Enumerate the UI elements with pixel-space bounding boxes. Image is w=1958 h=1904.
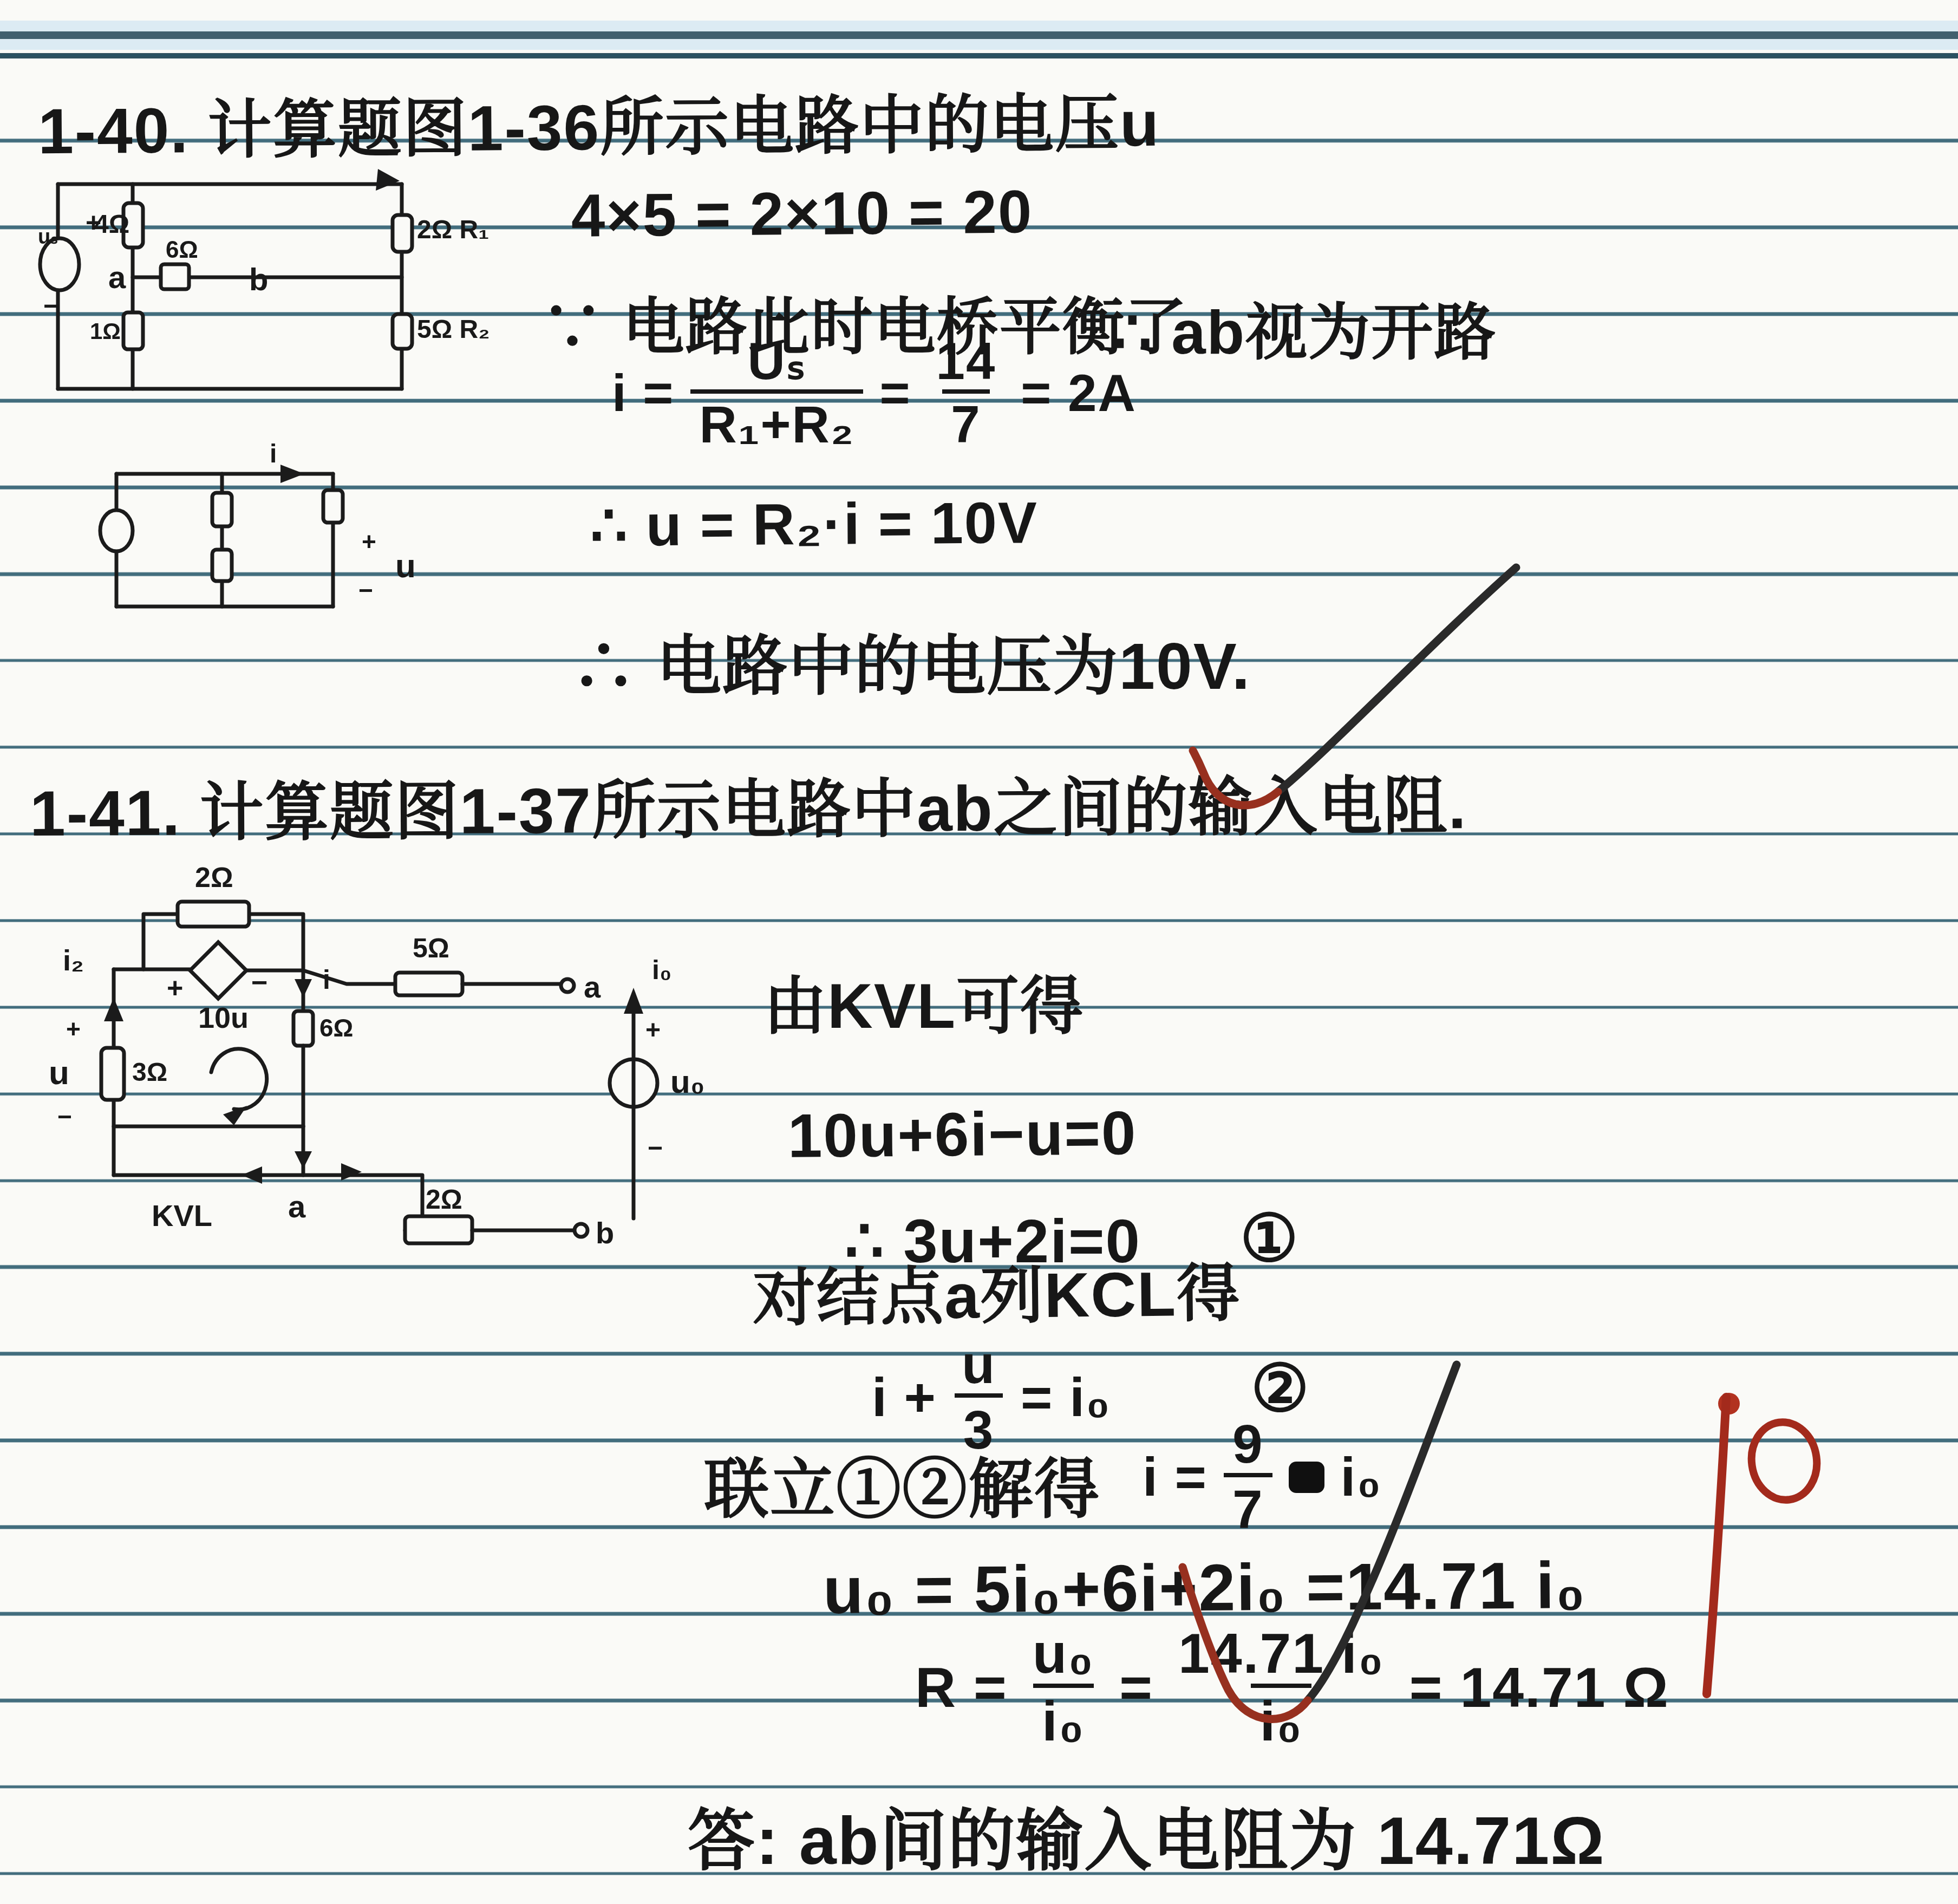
kvl-lead: 由KVL可得 [763,956,1084,1046]
dependent-source-icon [190,942,246,999]
resistor-2ohm-bottom-label: 2Ω [426,1184,462,1215]
dep-minus-label: − [251,967,267,999]
u-label: u [49,1054,69,1092]
resistor-upper-icon [212,493,232,526]
fraction-numerator: 9 [1224,1416,1272,1473]
score-one-blob-icon [1718,1393,1740,1414]
figure-1-36-bridge-circuit: + − uₛ 4Ω 6Ω a b 1Ω 2Ω R₁ 5Ω R₂ [38,162,514,417]
current-arrow-icon [376,169,400,191]
resistor-3ohm-label: 3Ω [132,1058,167,1087]
eq-lhs: i = [612,364,674,423]
answer-statement: 答: ab间的输入电阻为 14.71Ω [688,1787,1605,1883]
eq-lhs: i = [1143,1446,1208,1509]
figure-simplified-circuit: i + u − [54,444,466,650]
kvl-label: KVL [152,1198,212,1233]
u0-label: u₀ [670,1064,705,1100]
score-digit-zero-icon [1747,1418,1822,1504]
current-equation: i = Uₛ R₁+R₂ = 14 7 = 2A [612,335,1137,453]
eq-rhs: i₀ [1341,1446,1382,1509]
i-arrow-icon [295,979,312,997]
loop-direction-arrow-icon [211,1049,267,1110]
i2-arrow-icon [104,997,123,1021]
resistor-1ohm-icon [123,312,143,349]
resistor-5ohm-label: 5Ω [413,933,449,963]
fraction-9-over-7: 9 7 [1224,1416,1272,1538]
terminal-a-label: a [584,970,601,1004]
fraction-numerator: Uₛ [739,335,815,389]
node-a-label: a [108,260,126,295]
terminal-a-wire-left [303,970,395,984]
resistor-4ohm-label: 4Ω [94,210,129,239]
eq-lhs: i + [872,1367,937,1429]
resistor-right-icon [323,490,343,523]
right-arrow-icon [341,1163,362,1181]
dep-value-label: 10u [198,1002,249,1034]
resistor-r2-value-label: 5Ω R₂ [417,315,490,344]
u-plus-label: + [66,1015,81,1043]
voltage-source-icon [100,510,133,551]
eq-equals: = [879,364,911,423]
solved-current-equation: i = 9 7 i₀ [1143,1416,1382,1538]
u0-minus-label: − [648,1134,663,1163]
current-arrow-icon [280,465,304,483]
figure-1-37-circuit: 2Ω i₂ + − 10u + u − 3Ω i 6Ω KVL a 5Ω a i… [43,856,758,1267]
i-label: i [323,964,330,995]
resistor-r1-icon [393,215,412,252]
conclusion-40: ∴ 电路中的电压为10V. [571,615,1251,708]
fraction-us-over-r1r2: Uₛ R₁+R₂ [690,335,863,453]
source-minus-label: − [43,291,59,321]
resistor-r2-icon [393,314,412,349]
resistance-equation: R = u₀ i₀ = 14.71 i₀ i₀ = 14.71 Ω [915,1625,1669,1751]
fraction-denominator: 7 [1224,1473,1272,1538]
left-arrow-icon [242,1166,262,1184]
fraction-14-over-7: 14 7 [928,335,1005,453]
fraction-1471i0-over-i0: 14.71 i₀ i₀ [1170,1625,1393,1751]
resistor-6ohm-icon [293,1011,313,1046]
kcl-lead: 对结点a列KCL得 [752,1243,1241,1338]
voltage-equation: ∴ u = R₂·i = 10V [590,488,1039,560]
u-plus-label: + [362,527,376,556]
so-ab-open-circuit: ∴ ab视为开路 [1113,283,1497,371]
problem-41-title: 1-41. 计算题图1-37所示电路中ab之间的输入电阻. [30,754,1467,854]
resistor-1ohm-label: 1Ω [90,318,121,344]
eq-result: = 14.71 Ω [1409,1656,1669,1720]
fraction-numerator: 14 [928,335,1005,389]
u0-plus-label: + [645,1016,661,1045]
resistor-6ohm-label: 6Ω [166,237,198,263]
source-value-label: uₛ [38,226,58,249]
eq-result: = 2A [1021,364,1136,423]
i2-label: i₂ [63,944,84,977]
eq-rhs: = i₀ [1021,1367,1111,1429]
i0-label: i₀ [652,955,671,985]
fraction-numerator: 14.71 i₀ [1170,1625,1393,1684]
solve-lead: 联立①②解得 [704,1438,1100,1531]
terminal-a-node-icon [561,979,574,992]
u-label: u [395,547,416,585]
i0-arrow-icon [624,988,643,1014]
score-10-mark [1707,1393,1822,1694]
resistor-6ohm-icon [161,264,189,289]
fraction-denominator: R₁+R₂ [690,389,863,453]
fraction-numerator: u₀ [1024,1625,1103,1684]
ink-blot [1289,1462,1324,1493]
u-minus-label: − [57,1103,72,1131]
resistor-2ohm-bottom-icon [405,1216,472,1243]
equation-tag-1: ① [1240,1201,1300,1276]
eq-equals: = [1119,1656,1153,1720]
eq-lhs: R = [915,1656,1008,1720]
notebook-page: 1-40. 计算题图1-36所示电路中的电压u + − uₛ 4Ω 6Ω a b… [0,0,1958,1904]
fraction-denominator: i₀ [1033,1684,1094,1751]
fraction-denominator: i₀ [1251,1684,1311,1751]
current-i-label: i [270,440,277,468]
resistor-6ohm-label: 6Ω [319,1014,353,1042]
down-arrow-icon [295,1151,312,1169]
node-a-label: a [288,1189,306,1224]
header-rule-bottom [0,53,1958,58]
resistor-r1-value-label: 2Ω R₁ [417,216,489,244]
resistor-3ohm-icon [101,1048,124,1100]
resistor-2ohm-top-icon [178,902,249,927]
terminal-b-node-icon [575,1224,588,1237]
score-digit-one-icon [1707,1397,1726,1694]
fraction-numerator: u [953,1336,1004,1393]
resistor-2ohm-top-label: 2Ω [195,862,233,894]
resistor-lower-icon [212,550,232,581]
fraction-u0-over-i0: u₀ i₀ [1024,1625,1103,1751]
balance-product-equation: 4×5 = 2×10 = 20 [571,177,1033,250]
u-minus-label: − [358,576,373,604]
header-rule-top [0,31,1958,39]
problem-40-title: 1-40. 计算题图1-36所示电路中的电压u [37,72,1160,172]
u0-equation: u₀ = 5i₀+6i+2i₀ =14.71 i₀ [823,1547,1587,1628]
resistor-5ohm-icon [395,973,462,995]
kvl-equation: 10u+6i−u=0 [787,1098,1137,1172]
terminal-b-label: b [596,1216,614,1250]
dep-plus-label: + [167,973,183,1004]
fraction-denominator: 7 [942,389,989,453]
node-b-label: b [249,262,268,297]
